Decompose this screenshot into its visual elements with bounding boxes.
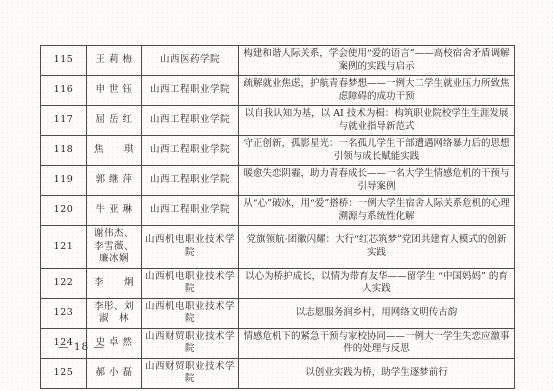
institution-cell: 山西医药学院 (142, 46, 239, 76)
title-cell: 以自我认知为基，以 AI 技术为楫：构筑职业院校学生生涯发展与就业指导新范式 (239, 106, 515, 136)
institution-cell: 山西机电职业技术学院 (142, 226, 239, 269)
awards-table: 115 王 莉 梅 山西医药学院 构建和谐人际关系，学会使用“爱的语言”——高校… (40, 45, 515, 389)
title-cell: 以创业实践为桥，助学生逐梦前行 (239, 358, 515, 388)
table-row: 118 焦 琪 山西工程职业学院 守正创新，孤影星光：一名孤儿学生干部遭遇网络暴… (41, 136, 515, 166)
institution-cell: 山西工程职业学院 (142, 166, 239, 196)
table-row: 121 谢伟杰、 李雪薇、 廉冰娴 山西机电职业技术学院 党旗领航·团徽闪耀：大… (41, 226, 515, 269)
row-number-cell: 115 (41, 46, 87, 76)
title-cell: 暖愈失恋阴霾，助力青春成长——一名大学生情感危机的干预与引导案例 (239, 166, 515, 196)
row-number-cell: 120 (41, 196, 87, 226)
name-cell: 焦 琪 (87, 136, 142, 166)
title-cell: 构建和谐人际关系，学会使用“爱的语言”——高校宿舍矛盾调解案例的实践与启示 (239, 46, 515, 76)
name-cell: 李彤、刘 淑 林 (87, 298, 142, 328)
institution-cell: 山西财贸职业技术学院 (142, 358, 239, 388)
row-number-cell: 123 (41, 298, 87, 328)
title-cell: 疏解就业焦虑，护航青春梦想——一例大二学生就业压力所致焦虑障碍的成功干预 (239, 76, 515, 106)
institution-cell: 山西工程职业学院 (142, 136, 239, 166)
title-cell: 以心为桥护成长，以情为带育友华——留学生 “中国妈妈” 的育人实践 (239, 268, 515, 298)
institution-cell: 山西财贸职业技术学院 (142, 328, 239, 358)
name-cell: 郭 继 萍 (87, 166, 142, 196)
row-number-cell: 122 (41, 268, 87, 298)
page-number: — 18 — (58, 341, 105, 353)
row-number-cell: 116 (41, 76, 87, 106)
table-row: 115 王 莉 梅 山西医药学院 构建和谐人际关系，学会使用“爱的语言”——高校… (41, 46, 515, 76)
name-cell: 申 世 钰 (87, 76, 142, 106)
title-cell: 守正创新，孤影星光：一名孤儿学生干部遭遇网络暴力后的思想引领与成长赋能实践 (239, 136, 515, 166)
name-cell: 王 莉 梅 (87, 46, 142, 76)
table-row: 122 李 炯 山西机电职业技术学院 以心为桥护成长，以情为带育友华——留学生 … (41, 268, 515, 298)
title-cell: 情感危机下的紧急干预与家校协同——一例大一学生失恋应激事件的处理与反思 (239, 328, 515, 358)
table-row: 123 李彤、刘 淑 林 山西机电职业技术学院 以志愿服务润乡村，用网络文明传古… (41, 298, 515, 328)
name-cell: 李 炯 (87, 268, 142, 298)
institution-cell: 山西工程职业学院 (142, 106, 239, 136)
row-number-cell: 118 (41, 136, 87, 166)
name-cell: 牛 亚 琳 (87, 196, 142, 226)
table-row: 124 史 卓 然 山西财贸职业技术学院 情感危机下的紧急干预与家校协同——一例… (41, 328, 515, 358)
table-row: 117 屈 岳 红 山西工程职业学院 以自我认知为基，以 AI 技术为楫：构筑职… (41, 106, 515, 136)
name-cell: 屈 岳 红 (87, 106, 142, 136)
title-cell: 以志愿服务润乡村，用网络文明传古韵 (239, 298, 515, 328)
table-row: 125 郝 小 磊 山西财贸职业技术学院 以创业实践为桥，助学生逐梦前行 (41, 358, 515, 388)
document-page: { "page": { "number_label": "— 18 —" }, … (0, 0, 553, 391)
title-cell: 党旗领航·团徽闪耀：大行“红芯筑梦”党团共建育人模式的创新实践 (239, 226, 515, 269)
row-number-cell: 119 (41, 166, 87, 196)
institution-cell: 山西机电职业技术学院 (142, 268, 239, 298)
name-cell: 谢伟杰、 李雪薇、 廉冰娴 (87, 226, 142, 269)
table-row: 116 申 世 钰 山西工程职业学院 疏解就业焦虑，护航青春梦想——一例大二学生… (41, 76, 515, 106)
institution-cell: 山西工程职业学院 (142, 76, 239, 106)
title-cell: 从“心”破冰，用“爱”搭桥：一例大学生宿舍人际关系危机的心理溯源与系统性化解 (239, 196, 515, 226)
institution-cell: 山西工程职业学院 (142, 196, 239, 226)
row-number-cell: 125 (41, 358, 87, 388)
table-row: 120 牛 亚 琳 山西工程职业学院 从“心”破冰，用“爱”搭桥：一例大学生宿舍… (41, 196, 515, 226)
institution-cell: 山西机电职业技术学院 (142, 298, 239, 328)
table-row: 119 郭 继 萍 山西工程职业学院 暖愈失恋阴霾，助力青春成长——一名大学生情… (41, 166, 515, 196)
row-number-cell: 121 (41, 226, 87, 269)
name-cell: 郝 小 磊 (87, 358, 142, 388)
row-number-cell: 117 (41, 106, 87, 136)
